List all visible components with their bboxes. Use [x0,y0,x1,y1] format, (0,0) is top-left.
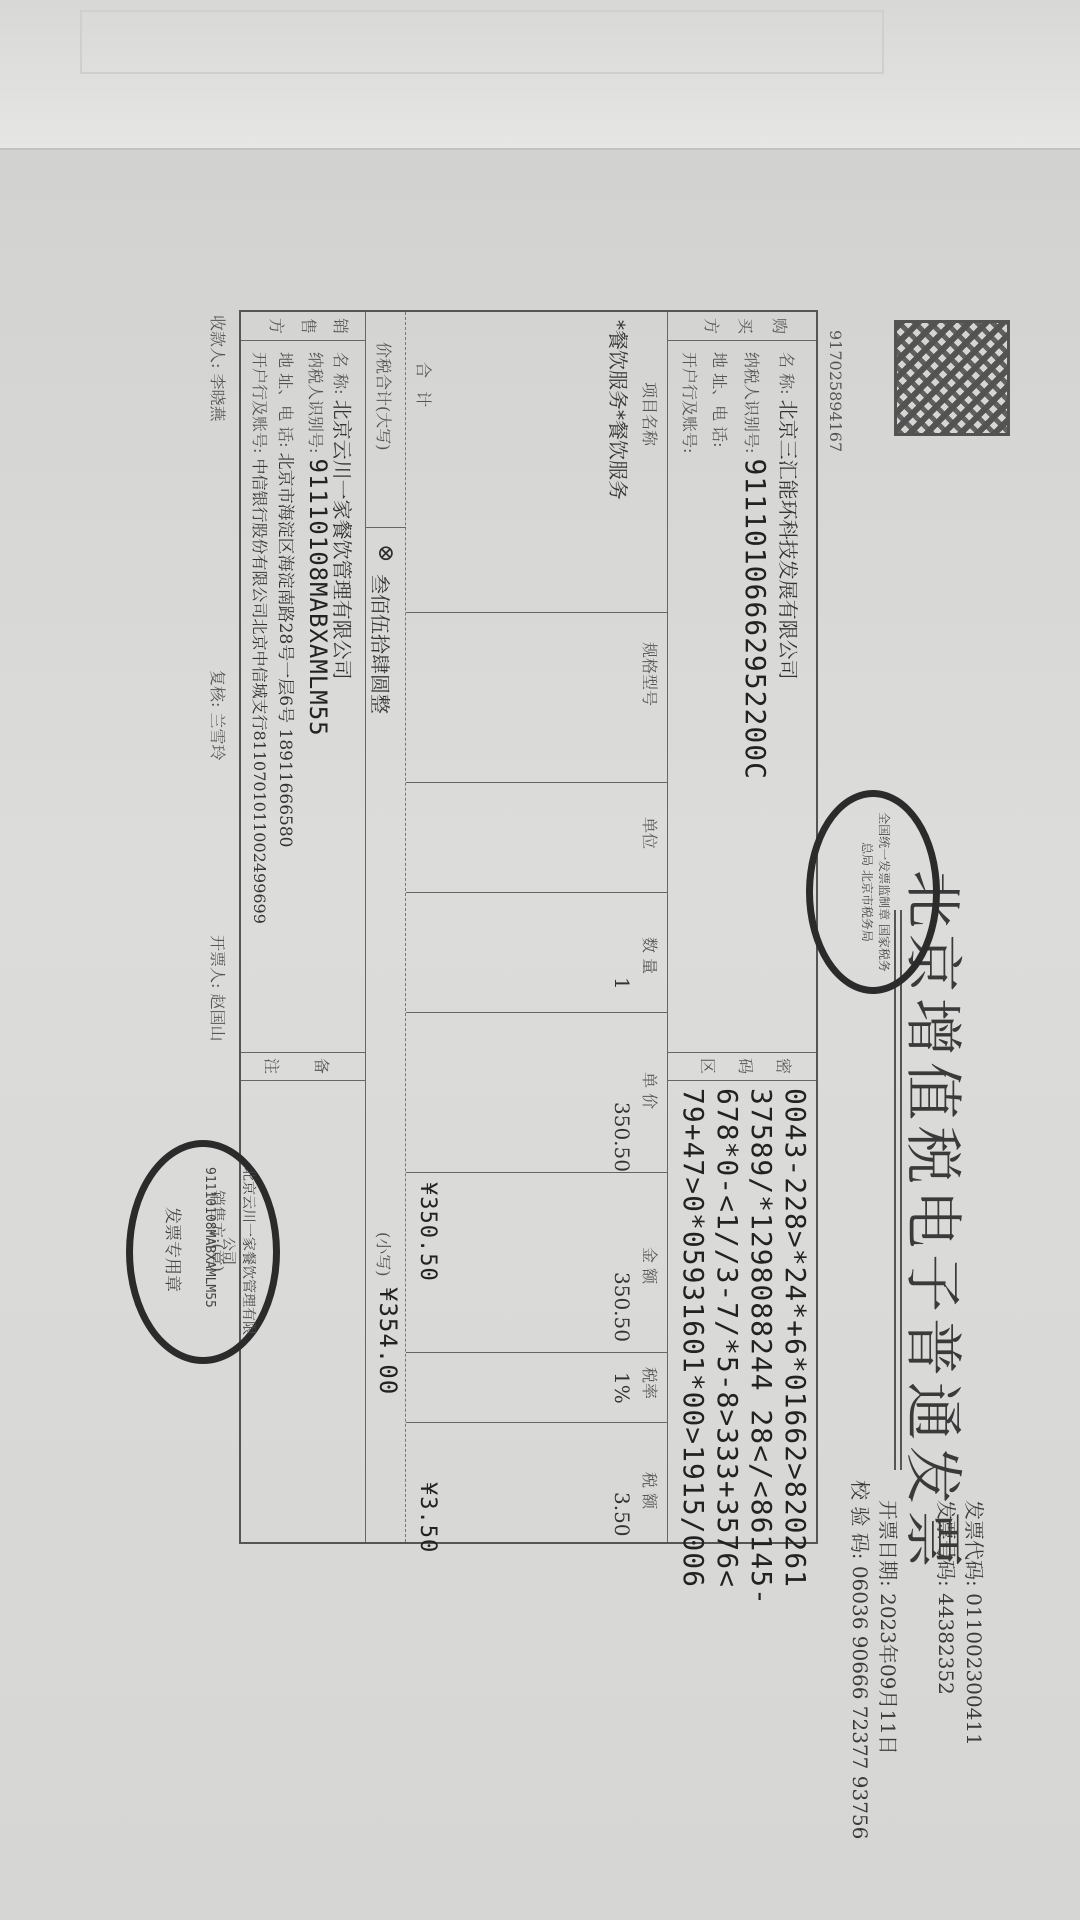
invoice-code-label: 发票代码: [962,1500,986,1587]
payee: 李晓燕 [208,374,227,422]
invoice-table-frame: 购买方 名 称: 北京三汇能环科技发展有限公司 纳税人识别号: 91110106… [239,310,818,1544]
issue-date-row: 开票日期: 2023年09月11日 [875,1500,904,1755]
seller-section-label: 销售方 [260,318,356,336]
seller-bank-label: 开户行及账号: [250,352,269,453]
cipher-area-label: 密码区 [688,1058,802,1076]
remarks-divider [241,1052,366,1053]
seller-tax-id: 91110108MABXAMLM55 [304,459,332,737]
buyer-name-row: 名 称: 北京三汇能环科技发展有限公司 [775,352,804,680]
machine-number: 917025894167 [826,330,845,452]
seller-name-row: 名 称: 北京云川一家餐饮管理有限公司 [329,352,358,680]
issuer: 赵国山 [208,994,227,1042]
seller-address: 北京市海淀区海淀南路28号一层6号 18911666580 [275,453,295,848]
seller-tax-id-label: 纳税人识别号: [306,352,325,453]
seller-seal-name: 北京云川一家餐饮管理有限公司 [219,1161,259,1341]
header-qty: 数 量 [639,937,662,974]
grand-total-label: 价税合计(大写) [373,342,396,451]
issuer-row: 开票人: 赵国山 [207,935,230,1042]
col-divider-6 [406,1352,668,1353]
header-rate: 税率 [639,1367,662,1399]
seller-label-divider [241,340,366,341]
title-underline [900,910,902,1470]
header-tax: 税 额 [639,1472,662,1509]
buyer-tax-id-label: 纳税人识别号: [742,352,761,453]
check-code: 06036 90666 72377 93756 [848,1566,872,1840]
header-unit: 单位 [639,817,662,849]
seller-name: 北京云川一家餐饮管理有限公司 [330,400,354,680]
invoice-number-label: 发票号码: [934,1500,958,1587]
col-divider-7 [406,1422,668,1423]
seller-address-label: 地 址、电 话: [276,352,295,448]
grand-total-words: 叁佰伍拾肆圆整 [367,574,396,714]
total-rule [405,312,406,1542]
invoice-code-row: 发票代码: 011002300411 [961,1500,990,1746]
buyer-bank-label: 开户行及账号: [680,352,699,453]
total-amount: ¥350.50 [415,1182,440,1282]
invoice-code: 011002300411 [962,1593,986,1746]
buyer-label-divider [668,340,816,341]
issue-date: 2023年09月11日 [876,1593,900,1755]
reviewer: 兰雪玲 [208,713,227,761]
total-label: 合 计 [413,362,436,411]
reviewer-label: 复核: [208,670,227,707]
buyer-address-row: 地 址、电 话: [709,352,732,448]
payee-row: 收款人: 李晓燕 [207,315,230,422]
crossed-circle-icon: ⊗ [373,544,398,562]
seller-bank: 中信银行股份有限公司北京中信城支行8110701011002499699 [250,459,269,924]
item-amount: 350.50 [610,1272,634,1342]
tax-bureau-seal: 全国统一发票监制章 国家税务总局 北京市税务局 [806,790,940,994]
seller-seal-title: 发票专用章 [162,1207,187,1292]
buyer-tax-id: 91110106662952200C [739,459,772,780]
col-divider-2 [406,782,668,783]
reviewer-row: 复核: 兰雪玲 [207,670,230,761]
cipher-line-1: 0043-228>*24*+6*01662>820261 [779,1088,812,1588]
cipher-label-divider [668,1080,816,1081]
issuer-label: 开票人: [208,935,227,988]
header-amount: 金 额 [639,1247,662,1284]
header-spec: 规格型号 [639,642,662,706]
grand-total-figure: ¥354.00 [374,1287,402,1395]
col-divider-4 [406,1012,668,1013]
invoice-number: 44382352 [934,1593,958,1695]
tax-bureau-seal-text: 全国统一发票监制章 国家税务总局 北京市税务局 [859,807,893,977]
grand-total-divider [366,527,406,528]
invoice-number-row: 发票号码: 44382352 [933,1500,962,1695]
total-tax: ¥3.50 [415,1482,440,1553]
buyer-bank-row: 开户行及账号: [679,352,702,453]
invoice-document: 917025894167 北京增值税电子普通发票 发票代码: 011002300… [0,0,1080,1920]
remarks-label: 备注 [246,1058,346,1076]
invoice-sheet: 917025894167 北京增值税电子普通发票 发票代码: 011002300… [0,150,1080,1920]
payee-label: 收款人: [208,315,227,368]
buyer-section-label: 购买方 [694,318,796,336]
buyer-address-label: 地 址、电 话: [710,352,729,448]
cipher-line-3: 678*0-<1//3-7/*5-8>333+3576< [711,1088,744,1588]
col-divider-3 [406,892,668,893]
col-divider-5 [406,1172,668,1173]
item-rate: 1% [610,1372,634,1404]
seller-address-row: 地 址、电 话: 北京市海淀区海淀南路28号一层6号 18911666580 [275,352,300,848]
grand-total-rule [365,312,366,1542]
item-name: *餐饮服务*餐饮服务 [605,320,634,500]
buyer-name-label: 名 称: [777,352,796,394]
col-divider-1 [406,612,668,613]
buyer-name: 北京三汇能环科技发展有限公司 [776,400,800,680]
grand-total-figure-label: (小写) [373,1232,396,1277]
item-qty: 1 [610,977,634,990]
seller-seal-id: 91110108MABXAMLM55 [202,1167,217,1308]
title-underline-2 [894,910,896,1470]
item-price: 350.50 [610,1102,634,1172]
check-code-row: 校 验 码: 06036 90666 72377 93756 [847,1480,876,1839]
cipher-line-4: 79+47>0*05931601*00>1915/006 [677,1088,710,1588]
remarks-label-divider [241,1080,366,1081]
header-price: 单 价 [639,1072,662,1109]
cipher-line-2: 37589/*1298088244 28</<86145- [745,1088,778,1606]
seller-tax-id-row: 纳税人识别号: 91110108MABXAMLM55 [304,352,332,737]
buyer-tax-id-row: 纳税人识别号: 91110106662952200C [739,352,772,780]
qr-code-icon [894,320,1010,436]
seller-invoice-seal: 北京云川一家餐饮管理有限公司 91110108MABXAMLM55 发票专用章 [126,1140,280,1364]
buyer-bottom-rule [667,312,668,1542]
check-code-label: 校 验 码: [848,1480,872,1559]
issue-date-label: 开票日期: [876,1500,900,1587]
seller-name-label: 名 称: [331,352,350,394]
header-item-name: 项目名称 [639,382,662,446]
seller-bank-row: 开户行及账号: 中信银行股份有限公司北京中信城支行811070101100249… [249,352,272,924]
cipher-divider [668,1052,816,1053]
item-tax: 3.50 [610,1492,634,1537]
